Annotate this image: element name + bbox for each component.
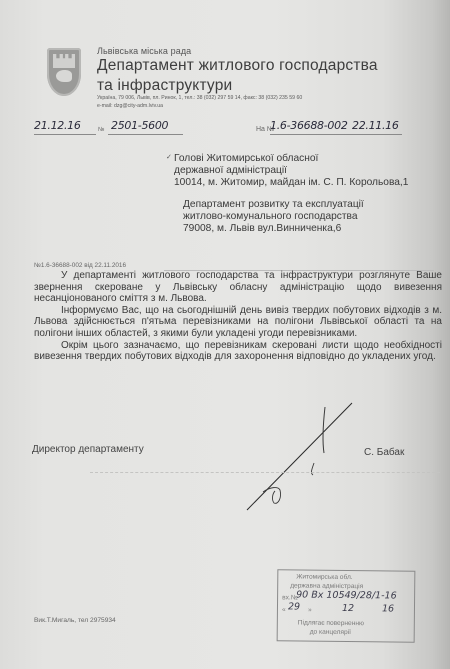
stamp-org-line1: Житомирська обл. (296, 573, 352, 581)
outgoing-date-field: 21.12.16 (34, 120, 96, 135)
outgoing-number-field: 2501-5600 (108, 120, 183, 135)
signatory-name: С. Бабак (364, 447, 404, 458)
stamp-quote-mark: « (282, 606, 286, 613)
body-paragraph-1: У департаменті житлового господарства та… (34, 270, 442, 305)
addressee-line: Департамент розвитку та експлуатації (183, 199, 364, 211)
department-title-line1: Департамент житлового господарства (97, 57, 378, 75)
incoming-registration-stamp: Житомирська обл. державна адміністрація … (277, 569, 416, 642)
stamp-month: 12 (342, 603, 354, 614)
council-name: Львівська міська рада (97, 46, 191, 56)
reply-ref-field: 1.6-36688-002 22.11.16 (270, 120, 402, 135)
outgoing-date: 21.12.16 (34, 119, 81, 132)
outgoing-number: 2501-5600 (111, 119, 168, 132)
crest-lion-icon (56, 70, 72, 82)
handwritten-signature-icon (230, 395, 360, 520)
stamp-day: 29 (288, 601, 300, 612)
stamp-in-number: 90 Вх 10549/28/1-16 (296, 589, 397, 601)
reply-date: 22.11.16 (352, 119, 399, 132)
reference-number: №1.6-36688-002 від 22.11.2016 (34, 262, 126, 269)
stamp-note-line2: до канцелярії (310, 629, 351, 636)
checkmark-icon: ✓ (166, 153, 172, 161)
contact-address: Україна, 79 006, Львів, пл. Ринок, 1, те… (97, 95, 302, 103)
letter-body: У департаменті житлового господарства та… (34, 270, 442, 363)
stamp-year: 16 (382, 603, 394, 614)
addressee-line: 10014, м. Житомир, майдан ім. С. П. Коро… (174, 177, 408, 189)
department-title-line2: та інфраструктури (97, 77, 232, 95)
addressee-1: Голові Житомирської обласної державної а… (174, 153, 408, 190)
coat-of-arms-icon (47, 48, 81, 96)
addressee-line: 79008, м. Львів вул.Винниченка,6 (183, 223, 364, 235)
contact-email: e-mail: dzg@city-adm.lviv.ua (97, 103, 302, 111)
body-paragraph-3: Окрім цього зазначаємо, що перевізникам … (34, 340, 442, 363)
number-label: № (98, 127, 104, 133)
signatory-role: Директор департаменту (32, 444, 144, 455)
executor-contact: Вик.Т.Мигаль, тел 2975934 (34, 617, 116, 624)
reply-number: 1.6-36688-002 (270, 119, 348, 132)
addressee-line: державної адміністрації (174, 165, 408, 177)
stamp-note-line1: Підлягає поверненню (298, 619, 364, 627)
addressee-line: Голові Житомирської обласної (174, 153, 408, 165)
contact-info: Україна, 79 006, Львів, пл. Ринок, 1, те… (97, 95, 302, 110)
stamp-quote-mark: » (308, 607, 312, 614)
addressee-2: Департамент розвитку та експлуатації жит… (183, 199, 364, 236)
body-paragraph-2: Інформуємо Вас, що на сьогоднішній день … (34, 305, 442, 340)
crest-tower-icon (53, 54, 75, 68)
addressee-line: житлово-комунального господарства (183, 211, 364, 223)
signature-divider (90, 472, 440, 473)
